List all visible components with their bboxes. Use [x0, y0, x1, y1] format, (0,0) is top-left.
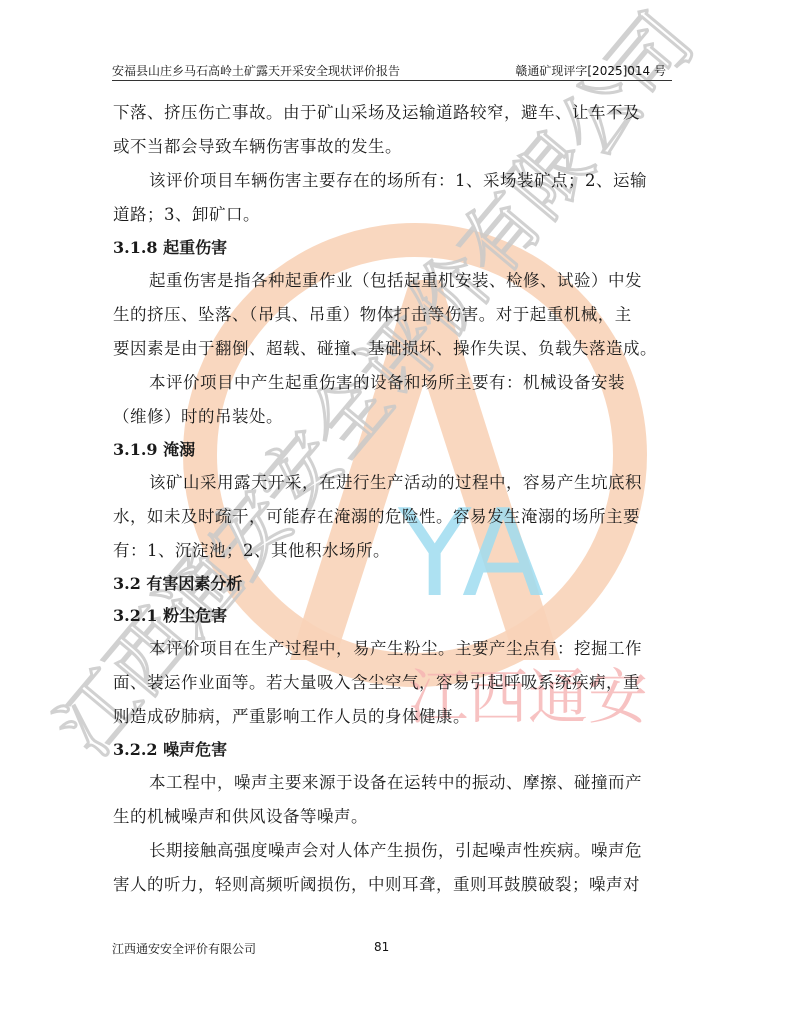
paragraph-line: 长期接触高强度噪声会对人体产生损伤，引起噪声性疾病。噪声危 [113, 834, 681, 868]
paragraph-line: 本评价项目中产生起重伤害的设备和场所主要有：机械设备安装 [113, 366, 681, 400]
paragraph-line: 生的机械噪声和供风设备等噪声。 [113, 800, 681, 834]
paragraph-line: 起重伤害是指各种起重作业（包括起重机安装、检修、试验）中发 [113, 264, 681, 298]
paragraph-line: 要因素是由于翻倒、超载、碰撞、基础损坏、操作失误、负载失落造成。 [113, 332, 681, 366]
page-footer: 江西通安安全评价有限公司 81 [112, 940, 672, 958]
paragraph-line: 生的挤压、坠落、（吊具、吊重）物体打击等伤害。对于起重机械，主 [113, 298, 681, 332]
footer-company: 江西通安安全评价有限公司 [112, 940, 256, 957]
section-heading: 3.2.1 粉尘危害 [113, 600, 681, 632]
report-title: 安福县山庄乡马石高岭土矿露天开采安全现状评价报告 [112, 62, 400, 79]
page-number: 81 [374, 940, 389, 954]
paragraph-line: （维修）时的吊装处。 [113, 400, 681, 434]
paragraph-line: 害人的听力，轻则高频听阈损伤，中则耳聋，重则耳鼓膜破裂；噪声对 [113, 868, 681, 902]
paragraph-line: 面、装运作业面等。若大量吸入含尘空气，容易引起呼吸系统疾病，重 [113, 666, 681, 700]
document-number: 赣通矿现评字[2025]014 号 [515, 62, 666, 79]
paragraph-line: 下落、挤压伤亡事故。由于矿山采场及运输道路较窄，避车、让车不及 [113, 96, 681, 130]
paragraph-line: 该评价项目车辆伤害主要存在的场所有：1、采场装矿点；2、运输 [113, 164, 681, 198]
paragraph-line: 本工程中，噪声主要来源于设备在运转中的振动、摩擦、碰撞而产 [113, 766, 681, 800]
section-heading: 3.2 有害因素分析 [113, 568, 681, 600]
section-heading: 3.1.9 淹溺 [113, 434, 681, 466]
paragraph-line: 该矿山采用露天开采，在进行生产活动的过程中，容易产生坑底积 [113, 466, 681, 500]
header-divider [112, 80, 672, 81]
document-body: 下落、挤压伤亡事故。由于矿山采场及运输道路较窄，避车、让车不及或不当都会导致车辆… [113, 96, 681, 902]
paragraph-line: 道路；3、卸矿口。 [113, 198, 681, 232]
page-header: 安福县山庄乡马石高岭土矿露天开采安全现状评价报告 赣通矿现评字[2025]014… [112, 60, 672, 80]
paragraph-line: 或不当都会导致车辆伤害事故的发生。 [113, 130, 681, 164]
paragraph-line: 有：1、沉淀池；2、其他积水场所。 [113, 534, 681, 568]
paragraph-line: 水，如未及时疏干，可能存在淹溺的危险性。容易发生淹溺的场所主要 [113, 500, 681, 534]
section-heading: 3.2.2 噪声危害 [113, 734, 681, 766]
section-heading: 3.1.8 起重伤害 [113, 232, 681, 264]
document-page: YA 江西通安安全评价有限公司 江西通安 安福县山庄乡马石高岭土矿露天开采安全现… [0, 0, 790, 1022]
paragraph-line: 本评价项目在生产过程中，易产生粉尘。主要产尘点有：挖掘工作 [113, 632, 681, 666]
paragraph-line: 则造成矽肺病，严重影响工作人员的身体健康。 [113, 700, 681, 734]
